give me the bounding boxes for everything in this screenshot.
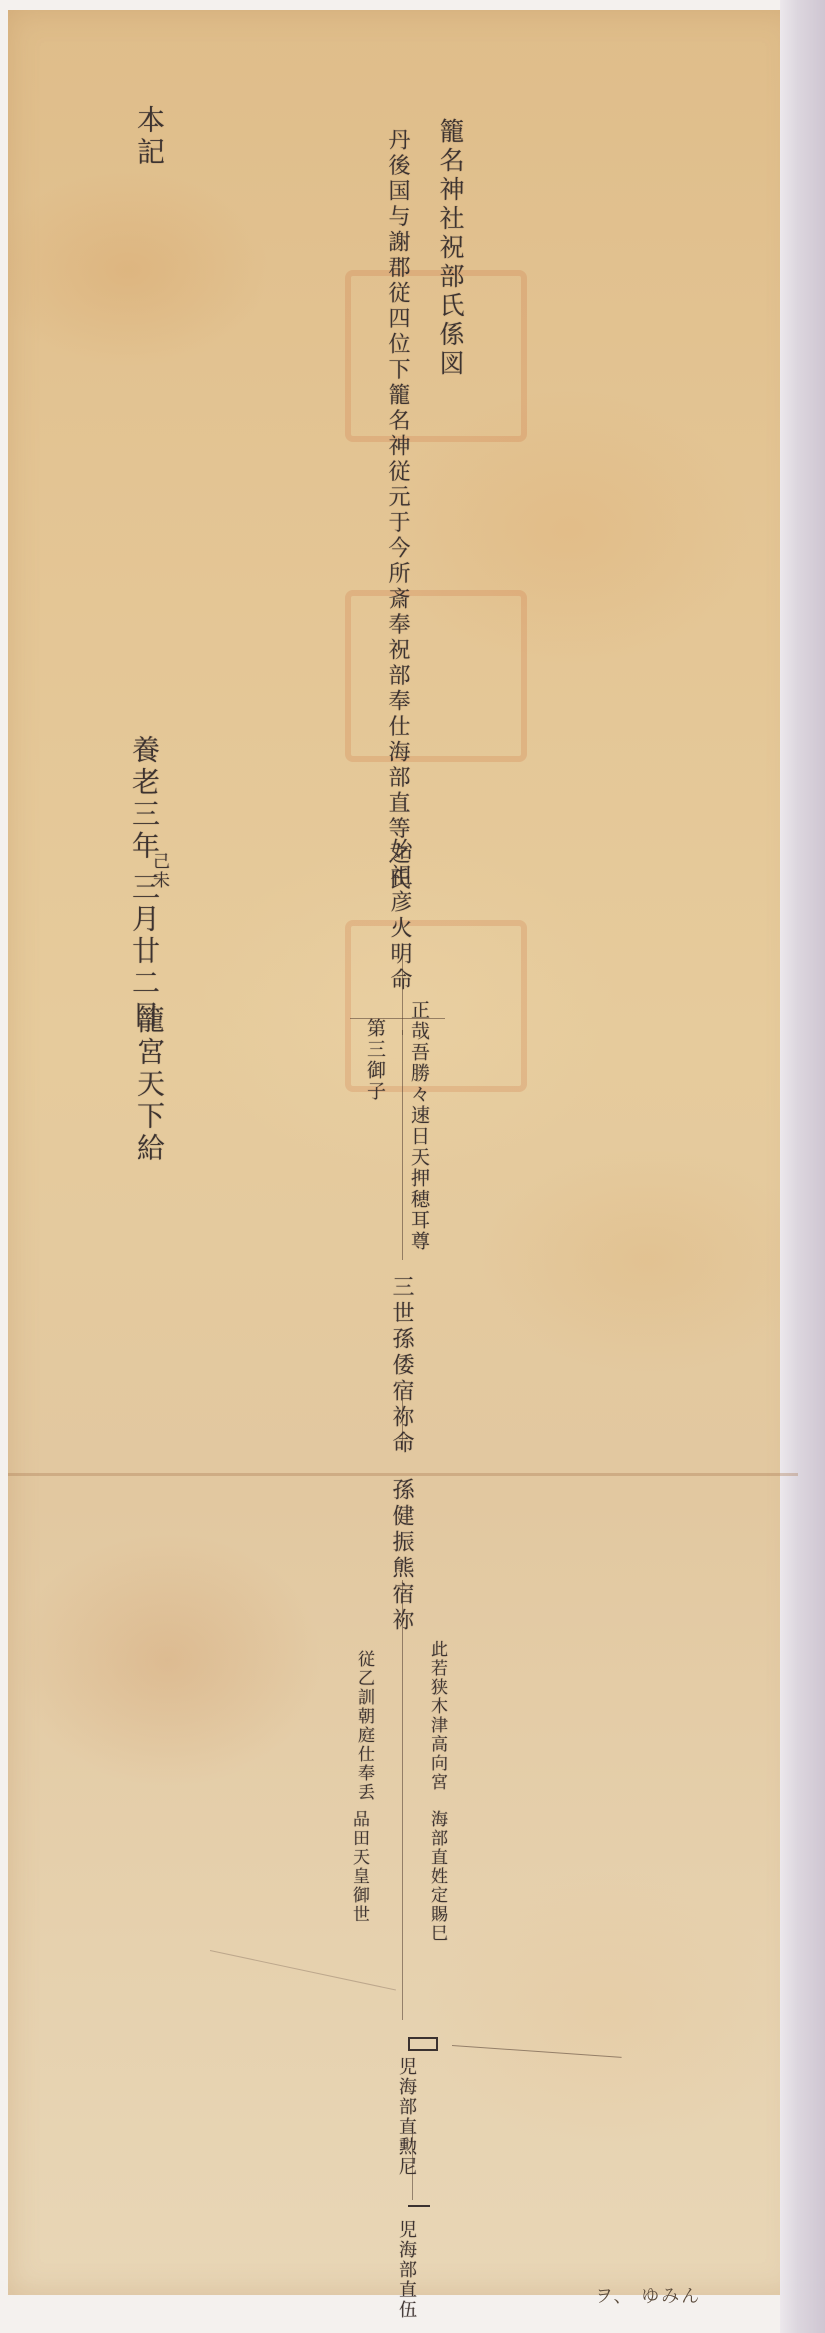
note-right-sub: 海部直姓定賜巳 — [428, 1810, 445, 1943]
child-1-name: 児海部直勲尼 — [397, 2057, 415, 2177]
seal-stamp — [345, 590, 527, 762]
document-title: 籠名神社祝部氏係図 — [438, 118, 463, 379]
marginal-scribble: ヲ、 ゆみん — [595, 2282, 701, 2308]
date-era-text: 養老三年 — [128, 735, 161, 863]
note-left: 従乙訓朝庭仕奉丢 — [355, 1650, 372, 1802]
heading-mark: 本記 — [135, 105, 163, 169]
founder-name: 始祖彦火明命 — [388, 838, 410, 994]
parent-note: 正哉吾勝々速日天押穂耳尊 — [409, 1000, 428, 1252]
date-era: 養老三年 — [130, 735, 158, 863]
child-2-name: 児海部直伍 — [397, 2220, 415, 2320]
grandson-name: 孫健振熊宿祢 — [390, 1478, 412, 1634]
note-right: 此若狭木津高向宮 — [428, 1640, 445, 1792]
lineage-line — [402, 1030, 403, 1260]
third-generation: 三世孫倭宿祢命 — [390, 1275, 412, 1457]
child-note: 第三御子 — [365, 1018, 384, 1102]
date-sub: 籠宮天下給 — [135, 1005, 163, 1165]
paper-seam — [8, 1473, 798, 1476]
child-2-branch — [408, 2205, 430, 2207]
page-edge — [780, 0, 825, 2333]
note-left-sub: 品田天皇御世 — [350, 1810, 367, 1924]
lineage-line — [402, 1580, 403, 2020]
box-mark — [408, 2037, 438, 2051]
header-line: 丹後国与謝郡従四位下籠名神従元于今所斎奉祝部奉仕海部直等之氏 — [386, 128, 408, 893]
note-right-text: 此若狭木津高向宮 — [427, 1640, 447, 1792]
